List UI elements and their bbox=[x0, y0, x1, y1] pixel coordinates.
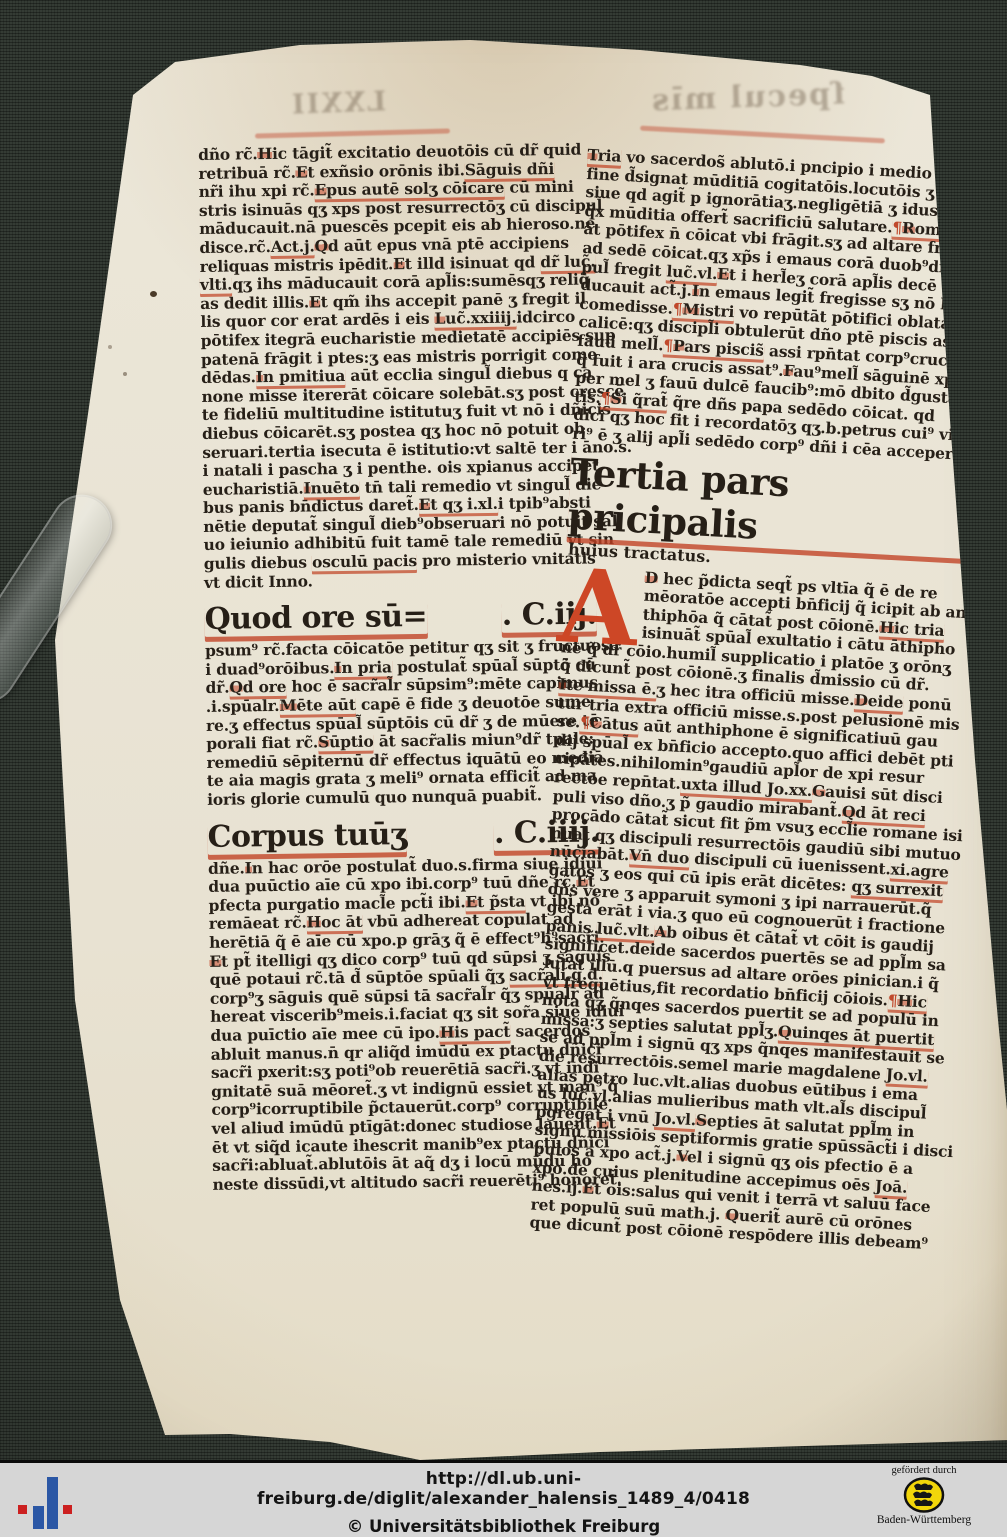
lombard-initial: A bbox=[555, 566, 642, 656]
logo-blue-bar bbox=[47, 1477, 58, 1529]
section-heading-quod-ore: Quod ore sū= . C.iij. bbox=[204, 597, 596, 637]
ghost-showthrough-left: LXXII bbox=[289, 86, 386, 120]
text-column-right: Tria vo sacerdos̃ ablutō.i pncipio i med… bbox=[529, 146, 991, 1254]
text-block-section1: psum⁹ rc̃.facta cōicatōe petitur qʒ sit … bbox=[205, 637, 599, 810]
text-line: ioris glorie cumulū quo nunquā puabit̃. bbox=[207, 785, 599, 809]
logo-blue-bar bbox=[33, 1506, 44, 1529]
region-label: Baden-Württemberg bbox=[859, 1514, 989, 1526]
document-url: http://dl.ub.uni-freiburg.de/diglit/alex… bbox=[252, 1469, 756, 1509]
scanned-book-viewer: { "background": { "fabric_color": "#2c33… bbox=[0, 0, 1007, 1537]
paper-speck bbox=[108, 345, 112, 349]
book-page-scan: LXXII ſpecul mīs dño rc̃.Hic tāgit̃ exci… bbox=[0, 0, 1007, 1537]
ghost-showthrough-right: ſpecul mīs bbox=[649, 77, 845, 119]
viewer-footer-bar: http://dl.ub.uni-freiburg.de/diglit/alex… bbox=[0, 1460, 1007, 1537]
logo-red-square bbox=[63, 1505, 72, 1514]
ghost-rubric-mark bbox=[640, 126, 885, 144]
footer-center-text: http://dl.ub.uni-freiburg.de/diglit/alex… bbox=[252, 1469, 756, 1536]
section-title: Quod ore sū= bbox=[204, 599, 427, 637]
section-heading-corpus-tuum: Corpus tuūʒ . C.iiij. bbox=[207, 814, 599, 854]
paper-speck bbox=[123, 372, 127, 376]
text-block-right-top: Tria vo sacerdos̃ ablutō.i pncipio i med… bbox=[572, 146, 991, 465]
paper-speck bbox=[150, 291, 157, 297]
text-line: vt dicit Inno. bbox=[204, 568, 596, 592]
section-title: Corpus tuūʒ bbox=[207, 817, 406, 855]
initial-paragraph: A D hec p̃dicta seqt̃ ps vltīa q̃ ē de r… bbox=[529, 564, 969, 1254]
funding-credit: gefördert durch Baden-Württemberg bbox=[859, 1465, 989, 1526]
funded-by-label: gefördert durch bbox=[859, 1465, 989, 1476]
copyright-notice: © Universitätsbibliothek Freiburg bbox=[252, 1517, 756, 1536]
baden-wuerttemberg-coat-of-arms-icon bbox=[903, 1477, 945, 1513]
ghost-rubric-mark bbox=[255, 128, 450, 138]
ub-freiburg-logo-icon bbox=[6, 1463, 80, 1537]
logo-red-square bbox=[18, 1505, 27, 1514]
text-block-intro: dño rc̃.Hic tāgit̃ excitatio deuotōis cū… bbox=[198, 141, 596, 593]
